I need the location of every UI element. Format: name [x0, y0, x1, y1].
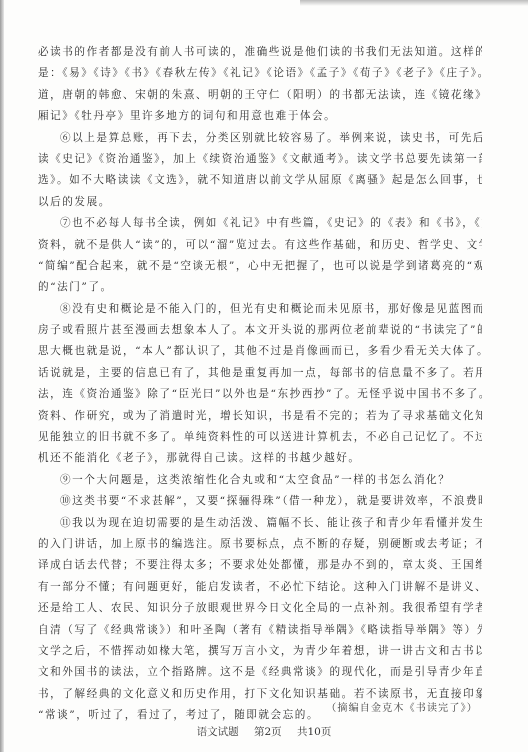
text-line: “简编”配合起来，就不是“空谈无根”，心中无把握了，也可以说是学到诸葛亮的“观其… [38, 256, 482, 277]
text-line: 见能独立的旧书就不多了。单纯资料性的可以送进计算机去，不必自己记忆了。不过计算 [38, 427, 482, 448]
exam-page: 必读书的作者都是没有前人书可读的，准确些说是他们读的书我们无法知道。这样的书就是… [0, 0, 528, 752]
page-edge-shadow [0, 0, 4, 752]
text-line: 有一部分不懂；有问题更好，能启发读者，不必忙下结论。这种入门讲解不是讲义、教科书… [38, 577, 482, 598]
text-line: ⑥以上是算总账，再下去，分类区别就比较容易了。举例来说，读史书，可先后齐读，可 [38, 128, 482, 149]
text-line: ⑧没有史和概论是不能入门的，但光有史和概论而未见原书，那好像是见蓝图而不见 [38, 299, 482, 320]
text-line: 法，连《资治通鉴》除了“臣光曰”以外也是“东抄西抄”了。无怪乎说中国书不多了。若… [38, 384, 482, 405]
footer-total-pages: 共10页 [297, 726, 331, 738]
text-line: 的“法门”了。 [38, 277, 482, 298]
article-body: 必读书的作者都是没有前人书可读的，准确些说是他们读的书我们无法知道。这样的书就是… [38, 42, 482, 727]
text-line: 还是给工人、农民、知识分子放眼观世界今日文化全局的一点补剂。我很希望有学者继朱 [38, 598, 482, 619]
text-line: 话说就是，主要的信息已有了，其他是重复再加一点，每部书的信息量不多了。若用这种看 [38, 363, 482, 384]
footer-subject: 语文试题 [197, 726, 239, 738]
text-line: 思大概也就是说，“本人”都认识了，其他不过是肖像画而已，多看少看无关大体了。用现… [38, 341, 482, 362]
text-line: 机还不能消化《老子》，那就得自己读。这样的书越少越好。 [38, 448, 482, 469]
text-line: 以后的发展。 [38, 192, 482, 213]
text-line: 文学之后，不惜挥动如椽大笔，撰写万言小文，为青少年着想，讲一讲古文和古书以及外国 [38, 641, 482, 662]
text-line: 选》。如不大略读读《文选》，就不知道唐以前文学从屈原《离骚》起是怎么回事，也就看… [38, 170, 482, 191]
text-line: 译成白话去代替；不要注得太多；不要求处处都懂，那是办不到的，章太炎、王国维都自己… [38, 555, 482, 576]
text-line: ⑪我以为现在迫切需要的是生动活泼、篇幅不长、能让孩子和青少年看懂并发生兴趣 [38, 513, 482, 534]
text-line: 的入门讲话，加上原书的编选注。原书要标点，点不断的存疑，别硬断或去考证；不要句句 [38, 534, 482, 555]
text-line: 文和外国书的读法，立个指路牌。这不是《经典常谈》的现代化，而是引导青少年直接读原 [38, 662, 482, 683]
text-line: 道，唐朝的韩愈、宋朝的朱熹、明朝的王守仁（阳明）的书都无法读，连《镜花缘》《红楼… [38, 85, 482, 106]
text-line: 厢记》《牡丹亭》里许多地方的词句和用意也难于体会。 [38, 106, 482, 127]
text-line: ⑦也不必每人每书全读，例如《礼记》中有些篇，《史记》的《表》和《书》，《文献通考… [38, 213, 482, 234]
text-line: 自清（写了《经典常谈》）和叶圣陶（著有《精读指导举隅》《略读指导举隅》等）先生介… [38, 620, 482, 641]
text-line: 读《史记》《资治通鉴》，加上《续资治通鉴》《文献通考》。读文学书总要先读第一部总… [38, 149, 482, 170]
text-line: 资料，就不是供人“读”的，可以“溜”览过去。有这些作基础，和历史、哲学史、文学史… [38, 235, 482, 256]
source-citation: （摘编自金克木《书读完了》） [326, 699, 478, 714]
page-footer: 语文试题 第2页 共10页 [0, 724, 528, 739]
text-line: ⑨一个大问题是，这类浓缩性化合丸或和“太空食品”一样的书怎么消化？ [38, 470, 482, 491]
page-top-shadow [300, 0, 528, 6]
text-line: 必读书的作者都是没有前人书可读的，准确些说是他们读的书我们无法知道。这样的书就 [38, 42, 482, 63]
text-line: 房子或看照片甚至漫画去想象本人了。本文开头说的那两位老前辈说的“书读完了”的意 [38, 320, 482, 341]
text-line: 是：《易》《诗》《书》《春秋左传》《礼记》《论语》《孟子》《荀子》《老子》《庄子… [38, 63, 482, 84]
footer-page-number: 第2页 [254, 726, 282, 738]
text-line: ⑩这类书要“不求甚解”，又要“探骊得珠”（借一种龙），就是要讲效率，不浪费时间。 [38, 491, 482, 512]
text-line: 资料、作研究，或为了消遣时光，增长知识，书是看不完的；若为了寻求基础文化知识，有… [38, 406, 482, 427]
